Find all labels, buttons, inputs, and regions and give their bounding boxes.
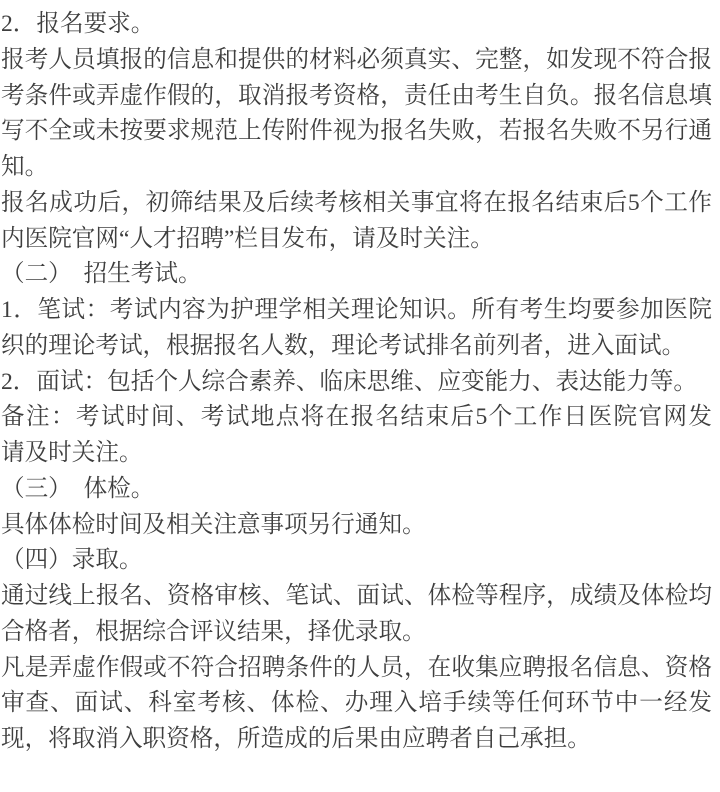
document-page: 2．报名要求。 报考人员填报的信息和提供的材料必须真实、完整，如发现不符合报 考… xyxy=(0,0,720,758)
section-heading-admission-exam: （二） 招生考试。 xyxy=(1,257,712,293)
paragraph-line: 通过线上报名、资格审核、笔试、面试、体检等程序，成绩及体检均 xyxy=(1,579,712,615)
note-line: 请及时关注。 xyxy=(1,436,712,472)
list-item-written-test: 1．笔试：考试内容为护理学相关理论知识。所有考生均要参加医院组 xyxy=(1,293,712,329)
heading-registration-requirements: 2．报名要求。 xyxy=(1,7,712,43)
paragraph-line: 审查、面试、科室考核、体检、办理入培手续等任何环节中一经发 xyxy=(1,686,712,722)
note-line: 备注：考试时间、考试地点将在报名结束后5个工作日医院官网发布， xyxy=(1,400,712,436)
section-heading-admission: （四）录取。 xyxy=(1,543,712,579)
section-heading-physical-exam: （三） 体检。 xyxy=(1,472,712,508)
paragraph-line: 报名成功后，初筛结果及后续考核相关事宜将在报名结束后5个工作日 xyxy=(1,186,712,222)
paragraph-line: 织的理论考试，根据报名人数，理论考试排名前列者，进入面试。 xyxy=(1,329,712,365)
paragraph-line: 具体体检时间及相关注意事项另行通知。 xyxy=(1,508,712,544)
paragraph-line: 写不全或未按要求规范上传附件视为报名失败，若报名失败不另行通 xyxy=(1,114,712,150)
paragraph-line: 报考人员填报的信息和提供的材料必须真实、完整，如发现不符合报 xyxy=(1,43,712,79)
paragraph-line: 现，将取消入职资格，所造成的后果由应聘者自己承担。 xyxy=(1,722,712,758)
paragraph-line: 凡是弄虚作假或不符合招聘条件的人员，在收集应聘报名信息、资格 xyxy=(1,651,712,687)
paragraph-line: 考条件或弄虚作假的，取消报考资格，责任由考生自负。报名信息填 xyxy=(1,79,712,115)
paragraph-line: 内医院官网“人才招聘”栏目发布，请及时关注。 xyxy=(1,222,712,258)
paragraph-line: 合格者，根据综合评议结果，择优录取。 xyxy=(1,615,712,651)
list-item-interview: 2．面试：包括个人综合素养、临床思维、应变能力、表达能力等。 xyxy=(1,365,712,401)
paragraph-line: 知。 xyxy=(1,150,712,186)
